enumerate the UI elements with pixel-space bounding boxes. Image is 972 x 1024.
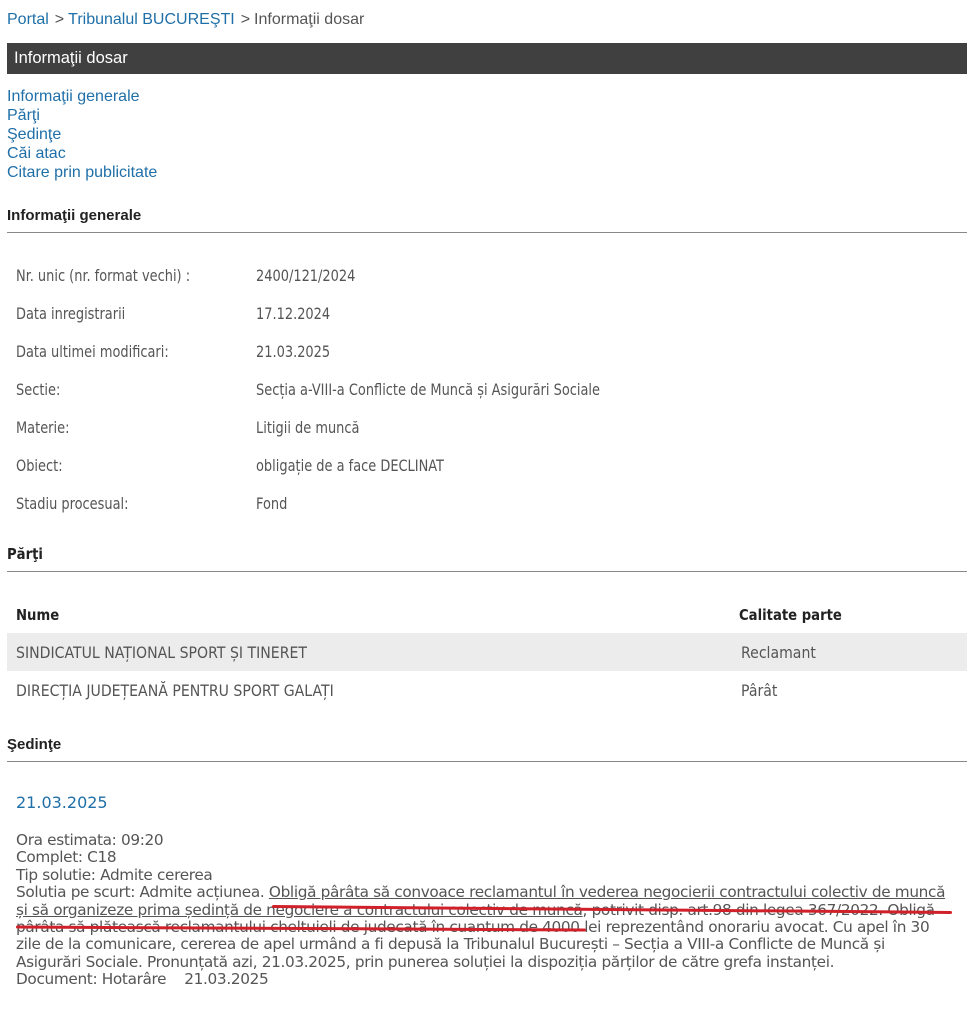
- hearing-panel: Complet: C18: [16, 849, 961, 866]
- info-label: Data inregistrarii: [16, 304, 223, 323]
- info-label: Sectie:: [16, 380, 223, 399]
- page-title-bar: Informaţii dosar: [7, 43, 967, 74]
- info-label: Obiect:: [16, 456, 223, 475]
- parti-table-header: Nume Calitate parte: [7, 597, 967, 633]
- party-role: Reclamant: [741, 643, 816, 662]
- nav-sedinte[interactable]: Şedinţe: [7, 125, 157, 144]
- column-header-calitate: Calitate parte: [739, 606, 842, 624]
- info-value: 2400/121/2024: [256, 266, 355, 285]
- table-row: SINDICATUL NAȚIONAL SPORT ȘI TINERET Rec…: [7, 633, 967, 671]
- info-label: Data ultimei modificari:: [16, 342, 223, 361]
- breadcrumb-current: Informaţii dosar: [254, 11, 364, 28]
- section-heading-parti: Părţi: [7, 545, 967, 572]
- info-value: Litigii de muncă: [256, 418, 359, 437]
- solution-text: Solutia pe scurt: Admite acțiunea.: [16, 883, 269, 901]
- nav-parti[interactable]: Părţi: [7, 106, 157, 125]
- column-header-nume: Nume: [16, 606, 59, 624]
- info-label: Materie:: [16, 418, 223, 437]
- nav-citare-publicitate[interactable]: Citare prin publicitate: [7, 163, 157, 182]
- breadcrumb-tribunal[interactable]: Tribunalul BUCUREŞTI: [68, 11, 235, 28]
- nav-cai-atac[interactable]: Căi atac: [7, 144, 157, 163]
- info-value: 21.03.2025: [256, 342, 330, 361]
- breadcrumb-portal[interactable]: Portal: [7, 11, 49, 28]
- info-value: Secția a-VIII-a Conflicte de Muncă și As…: [256, 380, 600, 399]
- section-heading-sedinte: Şedinţe: [7, 736, 967, 762]
- solution-line: Asigurări Sociale. Pronunțată azi, 21.03…: [16, 954, 961, 971]
- page-title: Informaţii dosar: [14, 49, 128, 67]
- info-value: 17.12.2024: [256, 304, 330, 323]
- party-name: DIRECȚIA JUDEȚEANĂ PENTRU SPORT GALAȚI: [16, 681, 334, 700]
- hearing-time: Ora estimata: 09:20: [16, 832, 961, 849]
- solution-line: Solutia pe scurt: Admite acțiunea. Oblig…: [16, 884, 961, 901]
- party-role: Pârât: [741, 681, 777, 700]
- hearing-document: Document: Hotarâre 21.03.2025: [16, 971, 961, 988]
- breadcrumb: Portal>Tribunalul BUCUREŞTI>Informaţii d…: [7, 11, 364, 29]
- breadcrumb-separator: >: [241, 11, 250, 28]
- solution-line: zile de la comunicare, cererea de apel u…: [16, 936, 961, 953]
- info-label: Nr. unic (nr. format vechi) :: [16, 266, 223, 285]
- info-value: obligație de a face DECLINAT: [256, 456, 444, 475]
- section-heading-parti-text: Părţi: [7, 545, 43, 563]
- party-name: SINDICATUL NAȚIONAL SPORT ȘI TINERET: [16, 643, 307, 662]
- info-value: Fond: [256, 494, 287, 513]
- hearing-date: 21.03.2025: [16, 793, 108, 812]
- breadcrumb-separator: >: [55, 11, 64, 28]
- info-label: Stadiu procesual:: [16, 494, 223, 513]
- parti-table: Nume Calitate parte SINDICATUL NAȚIONAL …: [7, 597, 967, 709]
- section-heading-informatii-generale: Informaţii generale: [7, 207, 967, 233]
- table-row: DIRECȚIA JUDEȚEANĂ PENTRU SPORT GALAȚI P…: [7, 671, 967, 709]
- nav-informatii-generale[interactable]: Informaţii generale: [7, 87, 157, 106]
- section-nav: Informaţii generale Părţi Şedinţe Căi at…: [7, 87, 157, 182]
- hearing-solution-type: Tip solutie: Admite cererea: [16, 867, 961, 884]
- highlighted-solution-text: Obligă pârâta să convoace reclamantul în…: [269, 883, 945, 901]
